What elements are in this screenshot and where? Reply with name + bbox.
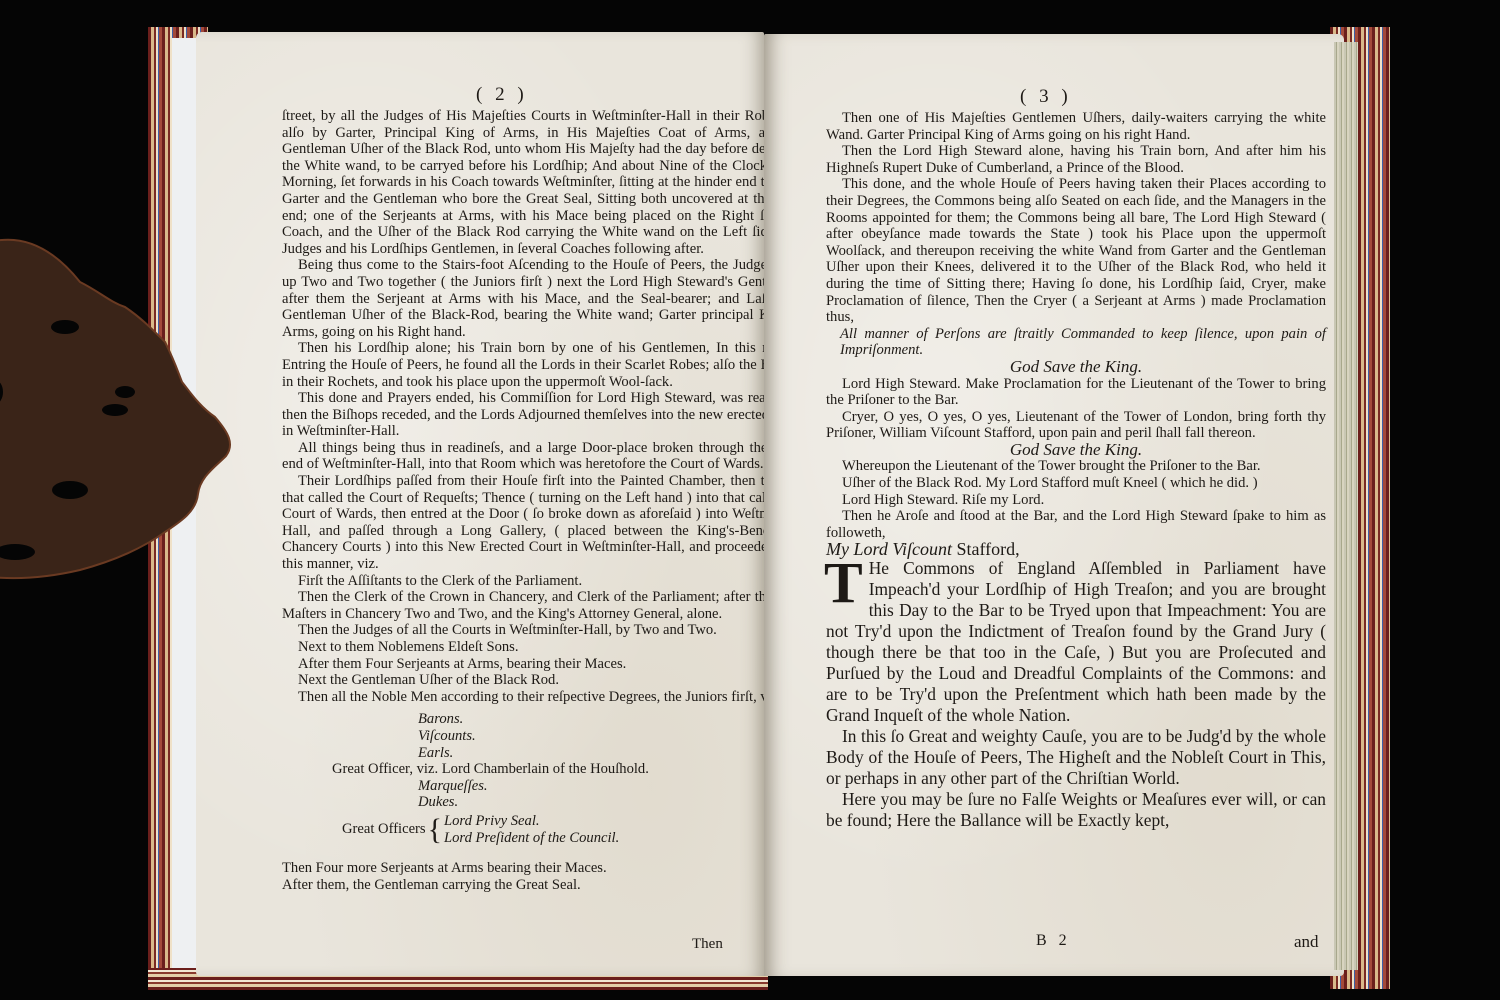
paragraph: Lord High Steward. Make Proclamation for… [826, 376, 1326, 409]
paragraph: Whereupon the Lieutenant of the Tower br… [826, 458, 1326, 475]
paragraph: After them Four Serjeants at Arms, beari… [282, 656, 806, 673]
page-number: ( 3 ) [1020, 86, 1072, 108]
page-fore-edge [1334, 42, 1358, 970]
paragraph: Cryer, O yes, O yes, O yes, Lieutenant o… [826, 409, 1326, 442]
officer-item: Lord Privy Seal. [444, 813, 619, 830]
speech: THe Commons of England Aſſembled in Parl… [826, 558, 1326, 831]
paragraph: Then the Judges of all the Courts in Weſ… [282, 622, 806, 639]
paragraph: ſtreet, by all the Judges of His Majeſti… [282, 108, 806, 257]
officer-item: Lord Preſident of the Council. [444, 830, 619, 847]
ranks-list: Barons. Viſcounts. Earls. [418, 711, 806, 761]
rank-item: Barons. [418, 711, 806, 728]
great-officer-line: Great Officer, viz. Lord Chamberlain of … [332, 761, 806, 778]
paragraph: This done and Prayers ended, his Commiſſ… [282, 390, 806, 440]
paragraph: Lord High Steward. Riſe my Lord. [826, 492, 1326, 509]
salutation-name: Stafford, [956, 539, 1019, 559]
paragraph: Then all the Noble Men according to thei… [282, 689, 806, 706]
god-save-the-king: God Save the King. [826, 442, 1326, 459]
paragraph: Then his Lordſhip alone; his Train born … [282, 340, 806, 390]
paragraph: Then one of His Majeſties Gentlemen Uſhe… [826, 110, 1326, 143]
paragraph: Firſt the Aſſiſtants to the Clerk of the… [282, 573, 806, 590]
drop-cap: T [824, 560, 863, 606]
speech-paragraph: Here you may be ſure no Falſe Weights or… [826, 789, 1326, 831]
signature-mark: B 2 [1036, 932, 1071, 950]
rank-item: Marqueſſes. [418, 778, 806, 795]
catchword: Then [692, 936, 723, 953]
paragraph: Next to them Noblemens Eldeſt Sons. [282, 639, 806, 656]
proclamation: All manner of Perſons are ſtraitly Comma… [826, 326, 1326, 359]
page-number: ( 2 ) [476, 84, 528, 106]
brace: { [428, 815, 442, 845]
salutation: My Lord Viſcount Stafford, [826, 541, 1326, 558]
paragraph: Then the Clerk of the Crown in Chancery,… [282, 589, 806, 622]
catchword: and [1294, 932, 1319, 952]
great-officers-label: Great Officers [342, 821, 426, 838]
right-page: ( 3 ) Then one of His Majeſties Gentleme… [764, 34, 1344, 976]
paragraph: Then the Lord High Steward alone, having… [826, 143, 1326, 176]
paragraph: This done, and the whole Houſe of Peers … [826, 176, 1326, 325]
great-officers-list: Lord Privy Seal. Lord Preſident of the C… [444, 813, 619, 846]
right-page-body: Then one of His Majeſties Gentlemen Uſhe… [826, 110, 1326, 831]
paragraph: Next the Gentleman Uſher of the Black Ro… [282, 672, 806, 689]
salutation-italic: My Lord Viſcount [826, 539, 952, 559]
speech-paragraph: In this ſo Great and weighty Cauſe, you … [826, 726, 1326, 789]
paragraph: Being thus come to the Stairs-foot Aſcen… [282, 257, 806, 340]
rank-item: Earls. [418, 745, 806, 762]
speech-paragraph: He Commons of England Aſſembled in Parli… [826, 558, 1326, 725]
ranks-list-2: Marqueſſes. Dukes. [418, 778, 806, 811]
great-officers-group: Great Officers { Lord Privy Seal. Lord P… [342, 813, 806, 846]
rank-item: Viſcounts. [418, 728, 806, 745]
paragraph: All things being thus in readineſs, and … [282, 440, 806, 473]
closing-line: After them, the Gentleman carrying the G… [282, 877, 806, 894]
bronze-clasp-weight [0, 232, 245, 582]
paragraph: Uſher of the Black Rod. My Lord Stafford… [826, 475, 1326, 492]
left-page-body: ſtreet, by all the Judges of His Majeſti… [282, 108, 806, 893]
paragraph: Their Lordſhips paſſed from their Houſe … [282, 473, 806, 573]
closing-line: Then Four more Serjeants at Arms bearing… [282, 860, 806, 877]
paragraph: Then he Aroſe and ſtood at the Bar, and … [826, 508, 1326, 541]
rank-item: Dukes. [418, 794, 806, 811]
god-save-the-king: God Save the King. [826, 359, 1326, 376]
left-page: ( 2 ) ſtreet, by all the Judges of His M… [196, 32, 764, 976]
